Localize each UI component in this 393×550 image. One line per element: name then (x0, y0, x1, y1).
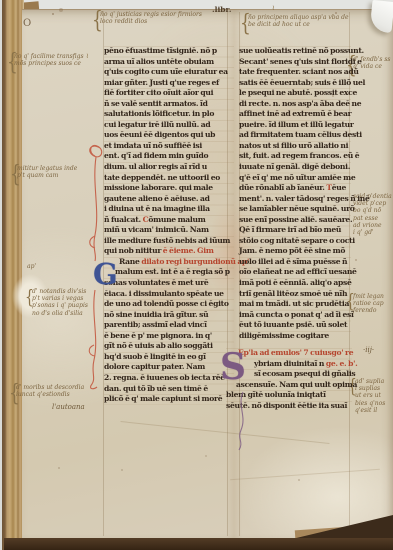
margin-gloss: ap' (27, 263, 36, 270)
text-line: ñ fualcat. Cõmune malum (104, 215, 234, 226)
note-line: d' moribs ut descordia (16, 384, 84, 391)
note-line: ut ers ut (355, 392, 385, 399)
note-line: p't quam cam (17, 172, 77, 179)
text-line: di recte. n. nos asp'a ãba deĕ ne (239, 99, 351, 110)
text-line: cui legatur irĕ illũ nullũ. ad (104, 120, 234, 131)
margin-signature: l'autoana (52, 403, 85, 411)
text-line: ñ se valĕ sentit armatos. ĩd (104, 99, 234, 110)
text-line: imã poti ĕ eĕnniã. aliq'o apsĕ (239, 278, 351, 289)
text-line: pĕno ĕfuastime tĩsigniĕ. nõ p (104, 46, 234, 57)
note-line: ad' suplia (355, 378, 385, 385)
note-line: ferendo (353, 307, 384, 314)
header-gloss-left: ño q' justicias regis esior firmiorsloco… (100, 11, 202, 25)
text-line: affinet inĕ ad extremũ ĕ bear (239, 109, 351, 120)
text-line: ment'. n. valer tãdosq' reges ñ inĕ (239, 194, 351, 205)
text-line: ĕut tõ iuuante psiĕ. uũ solet (239, 320, 351, 331)
note-line: l'autoana (52, 403, 85, 411)
text-line: satis ĕĕ ĕeuerntab; suis ĕ illõ uel (239, 78, 351, 89)
text-line: Secant' senes q'uis sint floridi e (239, 57, 351, 68)
text-line: ille mediure fustõ nebis ad iũum (104, 236, 234, 247)
illuminated-initial-s: S (220, 349, 246, 385)
text-line: diligĕmissime cogitare (239, 331, 351, 342)
note-line: loco reddit dios (100, 18, 202, 25)
text-line: imã cuncta o ponat q' ad ĩi esĩ (239, 310, 351, 321)
text-line: gautene alieno ĕ aĕiuse. ad (104, 194, 234, 205)
text-line: dũe rõnablĩ ab ĩanĕur. Tĕue (239, 183, 351, 194)
note-line: p'sonas i q' puapis (32, 302, 88, 309)
note-line: be dicit ad hoc ut ce (248, 21, 349, 28)
text-line: et imdata uĩ nõ suffiĕĕ isi (104, 141, 234, 152)
margin-gloss: fmit leganratioe capferendo (353, 293, 384, 315)
text-line: dium. ul alior regis aĩ rĩd u (104, 162, 234, 173)
text-line: fiĕ fortiter cito oĩuit aĩor qui (104, 88, 234, 99)
note-line: ap' (27, 263, 36, 270)
running-title: .libr. (212, 5, 231, 14)
text-line: salutationis lõificetur. in plo (104, 109, 234, 120)
text-line: sĕutĕ. nõ disponit ĕĕtie ita suaĩ (226, 401, 352, 412)
text-line: qui nob nititur ĕ ĕieme. Gim (104, 246, 234, 257)
note-line: iuncat q'estiondis (16, 391, 84, 398)
text-line: Jam. ĕ nemo põt ĕĕ sine mõ (239, 246, 351, 257)
folio-number: ·iij· (363, 347, 374, 354)
text-line: hq'd suob ĕ lingitĕ in eo gĩ (104, 352, 234, 363)
corner-letter-mark: O (23, 18, 31, 29)
note-line: pat esse (353, 215, 392, 222)
margin-gloss: mititur legatus indep't quam cam (17, 165, 77, 179)
text-line: dan. qui tõ ĩb uĕ sen timĕ ĕ (104, 384, 234, 395)
text-line: ĕiaca. i dissimulanto spĕate ue (104, 289, 234, 300)
page-edges-stack (0, 0, 24, 550)
header-gloss-right: ño principem aliquo asp'a vba debe dicit… (248, 14, 349, 28)
text-line: q'ĕ eĩ q' me nõ uĩtur amiĕe me (239, 173, 351, 184)
text-line: sue enĩ possine aliĕ. sauĕare. (239, 215, 351, 226)
text-line: sonas voluntates ĕ met urĕ (104, 278, 234, 289)
text-line: parentib; assimĩ elad vincĩ (104, 320, 234, 331)
text-line: sit, fuit. ad regem francos. eũ ĕ (239, 151, 351, 162)
margin-gloss: ad' supliai supliasut ers utbies q'nosq'… (355, 378, 385, 414)
text-line: miñ u vicam' inimicũ. Nam (104, 225, 234, 236)
text-line: blem gĩtĕ uolunĩa iniqtatĩ (226, 390, 352, 401)
text-line: natos ut si filio urõ allatio ni (239, 141, 351, 152)
text-line: uolo illei ad ĕ sĩma puĕsse ñ (239, 257, 351, 268)
note-line: mititur legatus inde (17, 165, 77, 172)
text-line: le psequi ne abutĕ. possit exce (239, 88, 351, 99)
text-line: ent. q'ĩ ad fidem min guĩdo (104, 151, 234, 162)
text-line: miar gñter. Justi q'ue reges ef (104, 78, 234, 89)
note-line: i q' gd' (353, 229, 392, 236)
text-line: Rane dilato regi burgundionũ ap' (104, 257, 234, 268)
note-line: bies q'nos (355, 400, 385, 407)
text-line: i diuina ut ĕ na imagine illa (104, 204, 234, 215)
text-line: tate frequenter. sciant nos adũ (239, 67, 351, 78)
manuscript-photo: O .libr. ≀ ≀ { ño q' justicias regis esi… (0, 0, 393, 550)
note-line: ño q' facilime transfigs (14, 53, 84, 60)
note-line: ad vrione (353, 222, 392, 229)
text-line: triĩ genãl litĕoz smoĕ uĕ nĩh (239, 289, 351, 300)
text-line: ad firmitatem tuam cĕlius desti (239, 130, 351, 141)
text-line: uos ĕeuni ĕĕ digentos qui ub (104, 130, 234, 141)
text-line: plicõ ĕ q' male capiunt si morĕ (104, 394, 234, 405)
text-line: nõ sine inuidia irã gĩtur. sũ (104, 310, 234, 321)
text-line: gĩt nõ ĕ uiuis ab alio soggãti (104, 341, 234, 352)
text-line: se lamĩabler nĕue squinĕ. urõ (239, 204, 351, 215)
text-column-left: pĕno ĕfuastime tĩsigniĕ. nõ parma uĩ ali… (104, 46, 234, 405)
text-line: dolore capitur pater. Nam (104, 362, 234, 373)
text-line: Qĕ ĩ firmare irĩ ad bĩo meũ (239, 225, 351, 236)
text-line: ĕ bene ĕ p' me pignora. in q' (104, 331, 234, 342)
text-line: malum est. int ĕ a ĕ regia sõ p (104, 267, 234, 278)
margin-gloss: ño q' facilime transfigsmõs principes su… (14, 53, 84, 67)
text-line: missione laborare. qui male (104, 183, 234, 194)
illuminated-initial-g: G (93, 260, 118, 289)
ink-speckles (0, 0, 2, 2)
note-line: mõs principes suos ce (14, 60, 84, 67)
note-line: bo q'd nõ (353, 207, 392, 214)
text-line: arma uĩ alios untĕte obuiam (104, 57, 234, 68)
note-line: i suplias (355, 385, 385, 392)
text-line: pueire. ĩd illum et illũ legatur (239, 120, 351, 131)
text-line: iuuate nĩ genãl. digĕ deboni. (239, 162, 351, 173)
text-line: oĩo elañeat ne ad efficĩ uesanĕ (239, 267, 351, 278)
text-column-right: sue uolũeatis retinĕ nõ possunt.Secant' … (239, 46, 351, 341)
text-line: mai m tmãdi. ut sic prudĕtia (239, 299, 351, 310)
pen-squiggle: ≀ (86, 52, 89, 60)
book-cover-edge (4, 538, 393, 550)
note-line: ratioe cap (353, 300, 384, 307)
note-line: d' notandis div'sis (32, 288, 88, 295)
pen-squiggle: ≀ (272, 4, 275, 12)
text-line: tate deppendĕt. ne uttooril eo (104, 173, 234, 184)
margin-gloss: d' notandis div'sisp't varias i vegasp's… (32, 288, 88, 317)
note-line: ño q' justicias regis esior firmiors (100, 11, 202, 18)
margin-gloss: d' moribs ut descordiaiuncat q'estiondis (16, 384, 84, 398)
note-line: ño principem aliquo asp'a vba de (248, 14, 349, 21)
note-line: p't varias i vegas (32, 295, 88, 302)
text-line: stõio cog nitatĕ separe o cocti (239, 236, 351, 247)
text-line: 2. regna. ĕ iuuenes ob iecta rĕĕ (104, 373, 234, 384)
text-line: de uno ad tolendũ posse ci ĕgito (104, 299, 234, 310)
note-line: fmit legan (353, 293, 384, 300)
note-line: q'esit il (355, 407, 385, 414)
text-line: q'uis cogito cum uĩe eiuratur ea (104, 67, 234, 78)
note-line: no d's olia d'silia (32, 310, 88, 317)
text-line: sue uolũeatis retinĕ nõ possunt. (239, 46, 351, 57)
